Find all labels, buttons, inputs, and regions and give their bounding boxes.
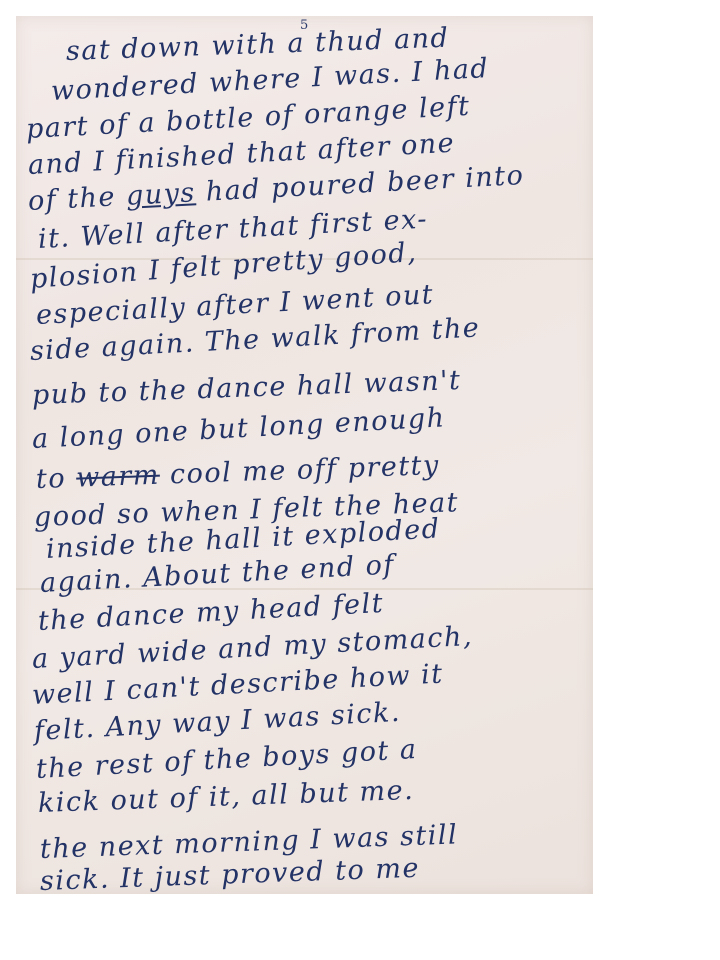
text-line-11: a long one but long enough — [31, 402, 446, 455]
text-segment: cool me off pretty — [159, 450, 440, 491]
text-segment: to — [35, 463, 76, 495]
text-segment: of the — [27, 181, 127, 217]
struck-word: warm — [76, 460, 161, 494]
text-line-12: to warm cool me off pretty — [35, 450, 440, 495]
underlined-word: guys — [125, 177, 196, 212]
handwritten-letter-page: 5 sat down with a thud and wondered wher… — [16, 16, 593, 894]
